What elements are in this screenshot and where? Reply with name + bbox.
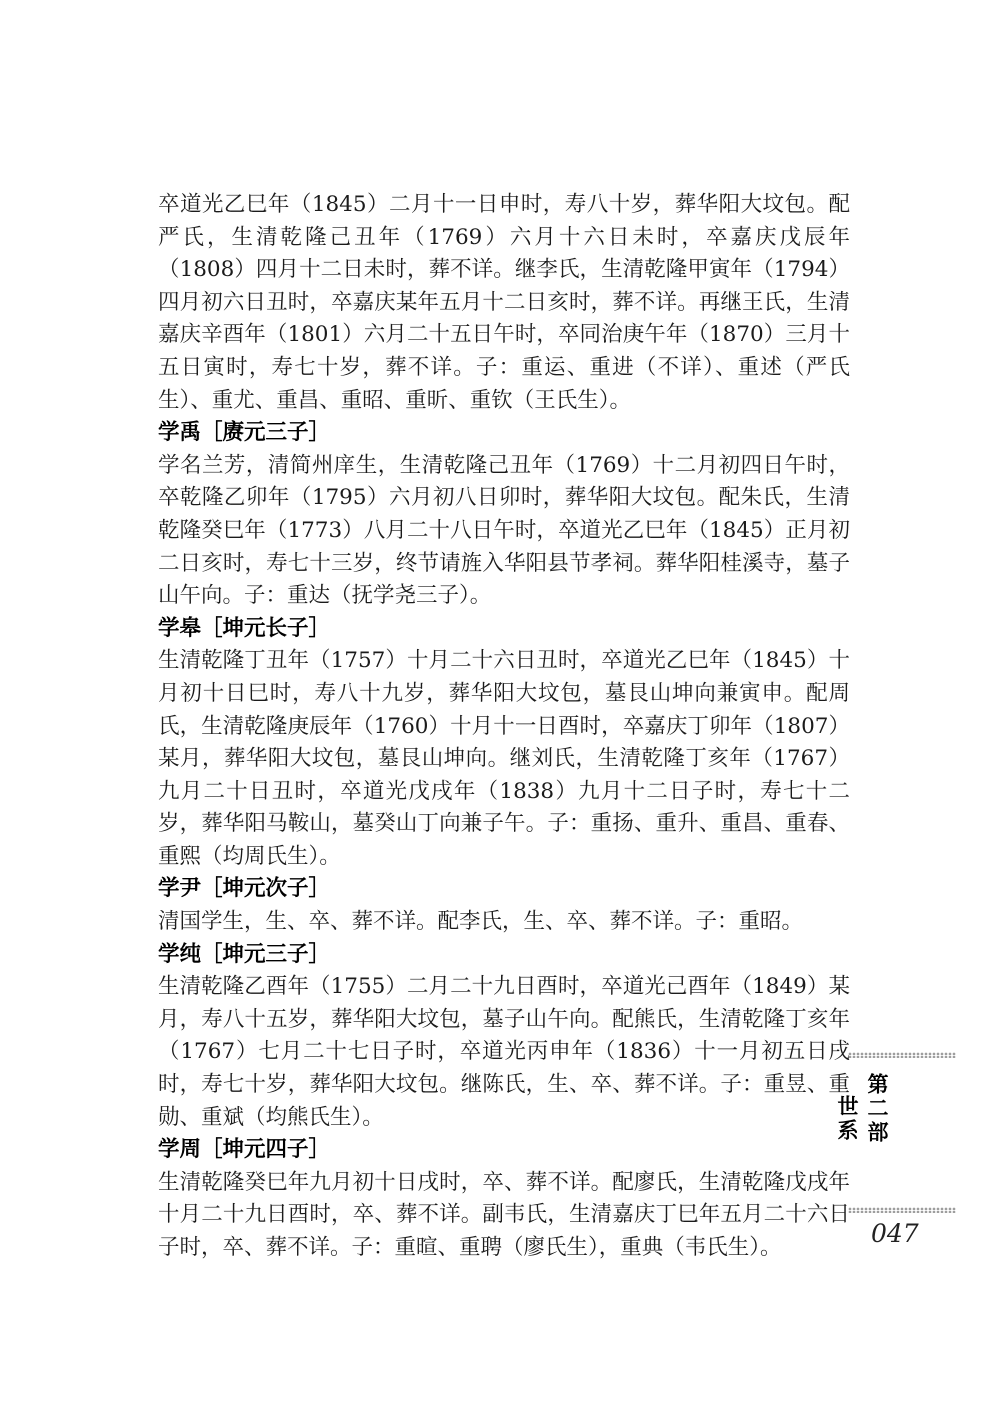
page-margin-sidebar: 第二部 世系 bbox=[848, 1052, 958, 1213]
chapter-marker: 第二部 世系 bbox=[866, 1073, 892, 1195]
genealogy-text-column: 卒道光乙巳年（1845）二月十一日申时，寿八十岁，葬华阳大坟包。配严氏，生清乾隆… bbox=[158, 189, 850, 1265]
entry-heading-xue-chun: 学纯［坤元三子］ bbox=[158, 939, 850, 972]
entry-body-xue-yu: 学名兰芳，清简州庠生，生清乾隆己丑年（1769）十二月初四日午时，卒乾隆乙卯年（… bbox=[158, 450, 850, 613]
part-label: 第二部 bbox=[862, 1073, 892, 1145]
genealogy-book-page: 卒道光乙巳年（1845）二月十一日申时，寿八十岁，葬华阳大坟包。配严氏，生清乾隆… bbox=[0, 0, 1000, 1415]
entry-body-xue-chun: 生清乾隆乙酉年（1755）二月二十九日酉时，卒道光己酉年（1849）某月，寿八十… bbox=[158, 971, 850, 1134]
entry-body-xue-zhou: 生清乾隆癸巳年九月初十日戌时，卒、葬不详。配廖氏，生清乾隆戊戌年十月二十九日酉时… bbox=[158, 1167, 850, 1265]
entry-heading-xue-zhou: 学周［坤元四子］ bbox=[158, 1134, 850, 1167]
entry-heading-xue-yu: 学禹［赓元三子］ bbox=[158, 417, 850, 450]
section-label: 世系 bbox=[832, 1095, 862, 1143]
continuation-paragraph: 卒道光乙巳年（1845）二月十一日申时，寿八十岁，葬华阳大坟包。配严氏，生清乾隆… bbox=[158, 189, 850, 417]
page-number: 047 bbox=[871, 1219, 919, 1248]
entry-heading-xue-gao: 学皋［坤元长子］ bbox=[158, 613, 850, 646]
ornamental-rule-bottom bbox=[848, 1207, 956, 1213]
entry-heading-xue-yin: 学尹［坤元次子］ bbox=[158, 873, 850, 906]
entry-body-xue-yin: 清国学生，生、卒、葬不详。配李氏，生、卒、葬不详。子：重昭。 bbox=[158, 906, 850, 939]
ornamental-rule-top bbox=[848, 1052, 956, 1058]
entry-body-xue-gao: 生清乾隆丁丑年（1757）十月二十六日丑时，卒道光乙巳年（1845）十月初十日巳… bbox=[158, 645, 850, 873]
